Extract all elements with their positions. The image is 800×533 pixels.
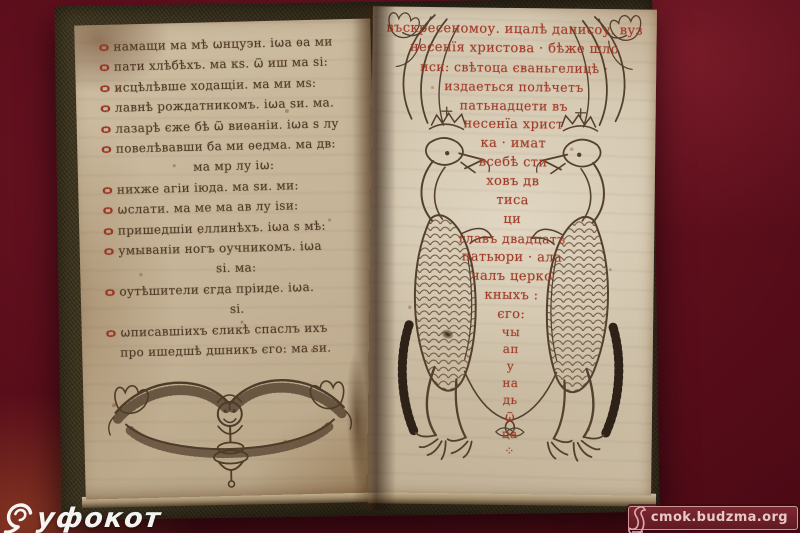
rubric-initial: ѻ [104, 244, 115, 258]
line-text: ѕі. [230, 302, 245, 316]
line-text: ѕі. ма: [216, 261, 257, 276]
watermark-text: уфокот [35, 503, 163, 533]
line-text: ⁘ [504, 444, 515, 458]
line-text: про ишедшѣ дшникъ єго: ма ѕи. [120, 341, 331, 360]
line-text: лазарѣ єже бѣ ѿ виѳаніи. іѡа ѕ лу [115, 116, 339, 135]
rubric-initial: ѻ [100, 101, 111, 115]
line-text: оутѣшители єгда пріиде. іѡа. [119, 280, 314, 299]
line-text: повелѣвавши ба ми ѳедма. ма дв: [116, 136, 336, 155]
line-text: несенїя христова · бѣже шло [410, 40, 619, 58]
line-text: лавнѣ рождатникомъ. іѡа ѕи. ма. [115, 96, 335, 115]
line-text: издаеться полѣчетъ [444, 78, 584, 95]
line-text: ѡписавшіихъ єликѣ спаслъ ихъ [120, 320, 328, 339]
line-text: въскресеномоу. ицалѣ данисоу. вуз [386, 20, 643, 38]
line-text: ка · имат [480, 136, 546, 152]
right-page-text: въскресеномоу. ицалѣ данисоу. вузнесенїя… [367, 6, 657, 495]
swirl-logo-icon [2, 501, 36, 533]
left-page-text: ѻнамащи ма мѣ ѡнцуэн. іѡа ѳа миѻпати хлѣ… [74, 18, 378, 364]
rubric-initial: ѻ [105, 285, 116, 299]
line-text: иси: свѣтоца єваньгелицѣ · [420, 59, 608, 76]
line-text: главъ двадцатъ [459, 230, 566, 246]
line-text: тиса [496, 193, 529, 208]
rubric-initial: ѻ [103, 203, 114, 217]
left-page: ѻнамащи ма мѣ ѡнцуэн. іѡа ѳа миѻпати хлѣ… [74, 18, 381, 499]
foxing-specks [74, 26, 75, 27]
tailpiece-ornament [102, 355, 357, 493]
line-text: ѡслати. ма ме ма ав лу іѕи: [117, 199, 298, 217]
line-text: ап [503, 342, 519, 356]
line-text: пати хлѣбѣхъ. ма кѕ. ѿ иш ма ѕі: [114, 55, 328, 74]
site-badge: cmok.budzma.org [628, 506, 798, 530]
line-text: у [507, 359, 515, 373]
manuscript-line: ⁘ [367, 441, 651, 461]
line-text: пришедшіи еллинѣхъ. іѡа ѕ мѣ: [118, 218, 326, 237]
line-text: ма мр лу іѡ: [193, 158, 274, 174]
rubric-initial: ѻ [102, 183, 113, 197]
photographer-watermark: уфокот [2, 501, 163, 533]
photo-scene: ѻнамащи ма мѣ ѡнцуэн. іѡа ѳа миѻпати хлѣ… [0, 0, 800, 533]
rubric-initial: ѻ [106, 325, 117, 339]
line-text: патьнадцети въ [460, 97, 568, 113]
line-text: кныхъ : [484, 288, 538, 304]
right-page: въскресеномоу. ицалѣ данисоу. вузнесенїя… [367, 6, 657, 495]
line-text: ца [502, 427, 518, 441]
line-text: намащи ма мѣ ѡнцуэн. іѡа ѳа ми [113, 34, 333, 53]
badge-text: cmok.budzma.org [651, 510, 788, 525]
rubric-initial: ѻ [101, 142, 112, 156]
line-text: ѿ [505, 410, 516, 424]
line-text: єго: [497, 307, 525, 322]
line-text: ховъ дв [486, 174, 539, 190]
line-text: чы [502, 325, 520, 339]
line-text: на [502, 376, 518, 390]
foxing-specks [373, 6, 374, 7]
line-text: чалъ церко [471, 269, 553, 285]
line-text: исцѣлѣвше ходащіи. ма ми мѕ: [114, 76, 316, 95]
rubric-initial: ѻ [100, 81, 111, 95]
line-text: несенїа христ [463, 116, 563, 132]
rubric-initial: ѻ [99, 60, 110, 74]
line-text: умываніи ногъ оучникомъ. іѡа [118, 239, 322, 258]
rubric-initial: ѻ [99, 40, 110, 54]
manuscript-line: несенїя христова · бѣже шло [372, 37, 656, 59]
line-text: всебѣ сти [479, 155, 548, 171]
rubric-initial: ѻ [101, 121, 112, 135]
dragon-icon [627, 504, 649, 533]
rubric-initial: ѻ [103, 223, 114, 237]
line-text: дь [503, 393, 518, 407]
line-text: патьюри · ала [462, 249, 563, 265]
line-text: нихже агіи іюда. ма ѕи. ми: [117, 178, 299, 196]
line-text: ци [503, 212, 521, 227]
